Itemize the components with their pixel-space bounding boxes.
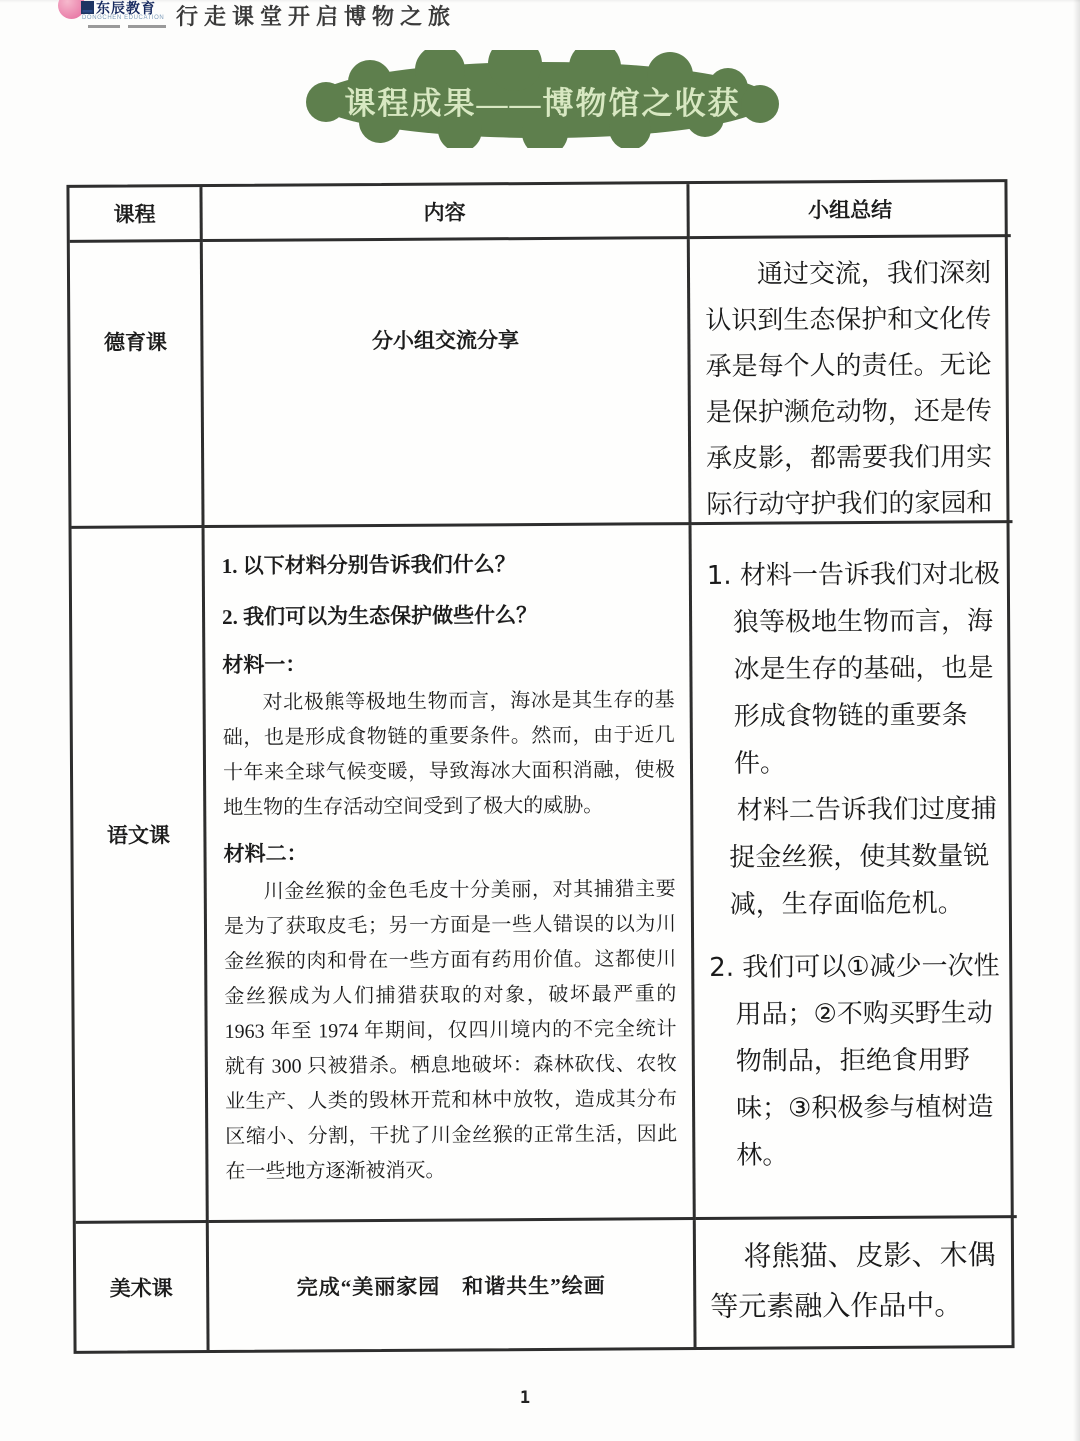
logo-seal-icon bbox=[81, 1, 94, 14]
handwritten-answer-1b: 材料二告诉我们过度捕捉金丝猴，使其数量锐减，生存面临危机。 bbox=[708, 786, 1005, 929]
results-table: 课程 内容 小组总结 德育课 分小组交流分享 通过交流，我们深刻认识到生态保护和… bbox=[66, 179, 1014, 1354]
material-2-paragraph: 川金丝猴的金色毛皮十分美丽，对其捕猎主要是为了获取皮毛；另一方面是一些人错误的以… bbox=[224, 872, 678, 1190]
content-cell-chinese-class: 1. 以下材料分别告诉我们什么？ 2. 我们可以为生态保护做些什么？ 材料一： … bbox=[205, 525, 696, 1223]
handwritten-answer-2: 2. 我们可以①减少一次性用品；②不购买野生动物制品，拒绝食用野味；③积极参与植… bbox=[709, 943, 1006, 1180]
course-cell-moral-education: 德育课 bbox=[70, 242, 205, 529]
summary-cell-chinese-class: 1. 材料一告诉我们对北极狼等极地生物而言，海冰是生存的基础，也是形成食物链的重… bbox=[692, 523, 1017, 1220]
header-calligraphy-title: 行走课堂开启博物之旅 bbox=[176, 0, 456, 31]
page-number: 1 bbox=[0, 1388, 1050, 1408]
table-header-summary: 小组总结 bbox=[689, 182, 1010, 239]
content-cell-moral-education: 分小组交流分享 bbox=[203, 239, 692, 528]
course-cell-art-class: 美术课 bbox=[76, 1223, 210, 1351]
handwritten-answer-1: 1. 材料一告诉我们对北极狼等极地生物而言，海冰是生存的基础，也是形成食物链的重… bbox=[707, 551, 1004, 788]
school-logo: 东辰教育 DONGCHEN EDUCATION bbox=[58, 0, 188, 40]
course-cell-chinese-class: 语文课 bbox=[72, 528, 209, 1224]
material-2-label: 材料二： bbox=[223, 832, 675, 873]
handwritten-summary-paragraph: 将熊猫、皮影、木偶等元素融入作品中。 bbox=[710, 1230, 1006, 1332]
scan-edge-shadow-right bbox=[1073, 0, 1080, 1441]
handwritten-summary-paragraph: 通过交流，我们深刻认识到生态保护和文化传承是每个人的责任。无论是保护濒危动物，还… bbox=[705, 250, 999, 525]
table-header-course: 课程 bbox=[69, 187, 202, 243]
table-header-content: 内容 bbox=[202, 184, 689, 242]
material-1-label: 材料一： bbox=[222, 643, 674, 684]
question-2: 2. 我们可以为生态保护做些什么？ bbox=[222, 594, 674, 637]
question-1: 1. 以下材料分别告诉我们什么？ bbox=[222, 543, 674, 586]
content-cell-art-class: 完成“美丽家园 和谐共生”绘画 bbox=[209, 1220, 697, 1350]
logo-tagline-blur bbox=[128, 25, 166, 28]
summary-cell-art-class: 将熊猫、皮影、木偶等元素融入作品中。 bbox=[696, 1218, 1018, 1347]
banner: 课程成果——博物馆之收获 bbox=[300, 50, 785, 148]
material-1-paragraph: 对北极熊等极地生物而言，海冰是其生存的基础，也是形成食物链的重要条件。然而，由于… bbox=[223, 683, 676, 826]
logo-subtitle-text: DONGCHEN EDUCATION bbox=[82, 15, 164, 21]
summary-cell-moral-education: 通过交流，我们深刻认识到生态保护和文化传承是每个人的责任。无论是保护濒危动物，还… bbox=[690, 237, 1013, 525]
banner-title: 课程成果——博物馆之收获 bbox=[300, 50, 785, 148]
logo-tagline-blur bbox=[88, 25, 120, 28]
